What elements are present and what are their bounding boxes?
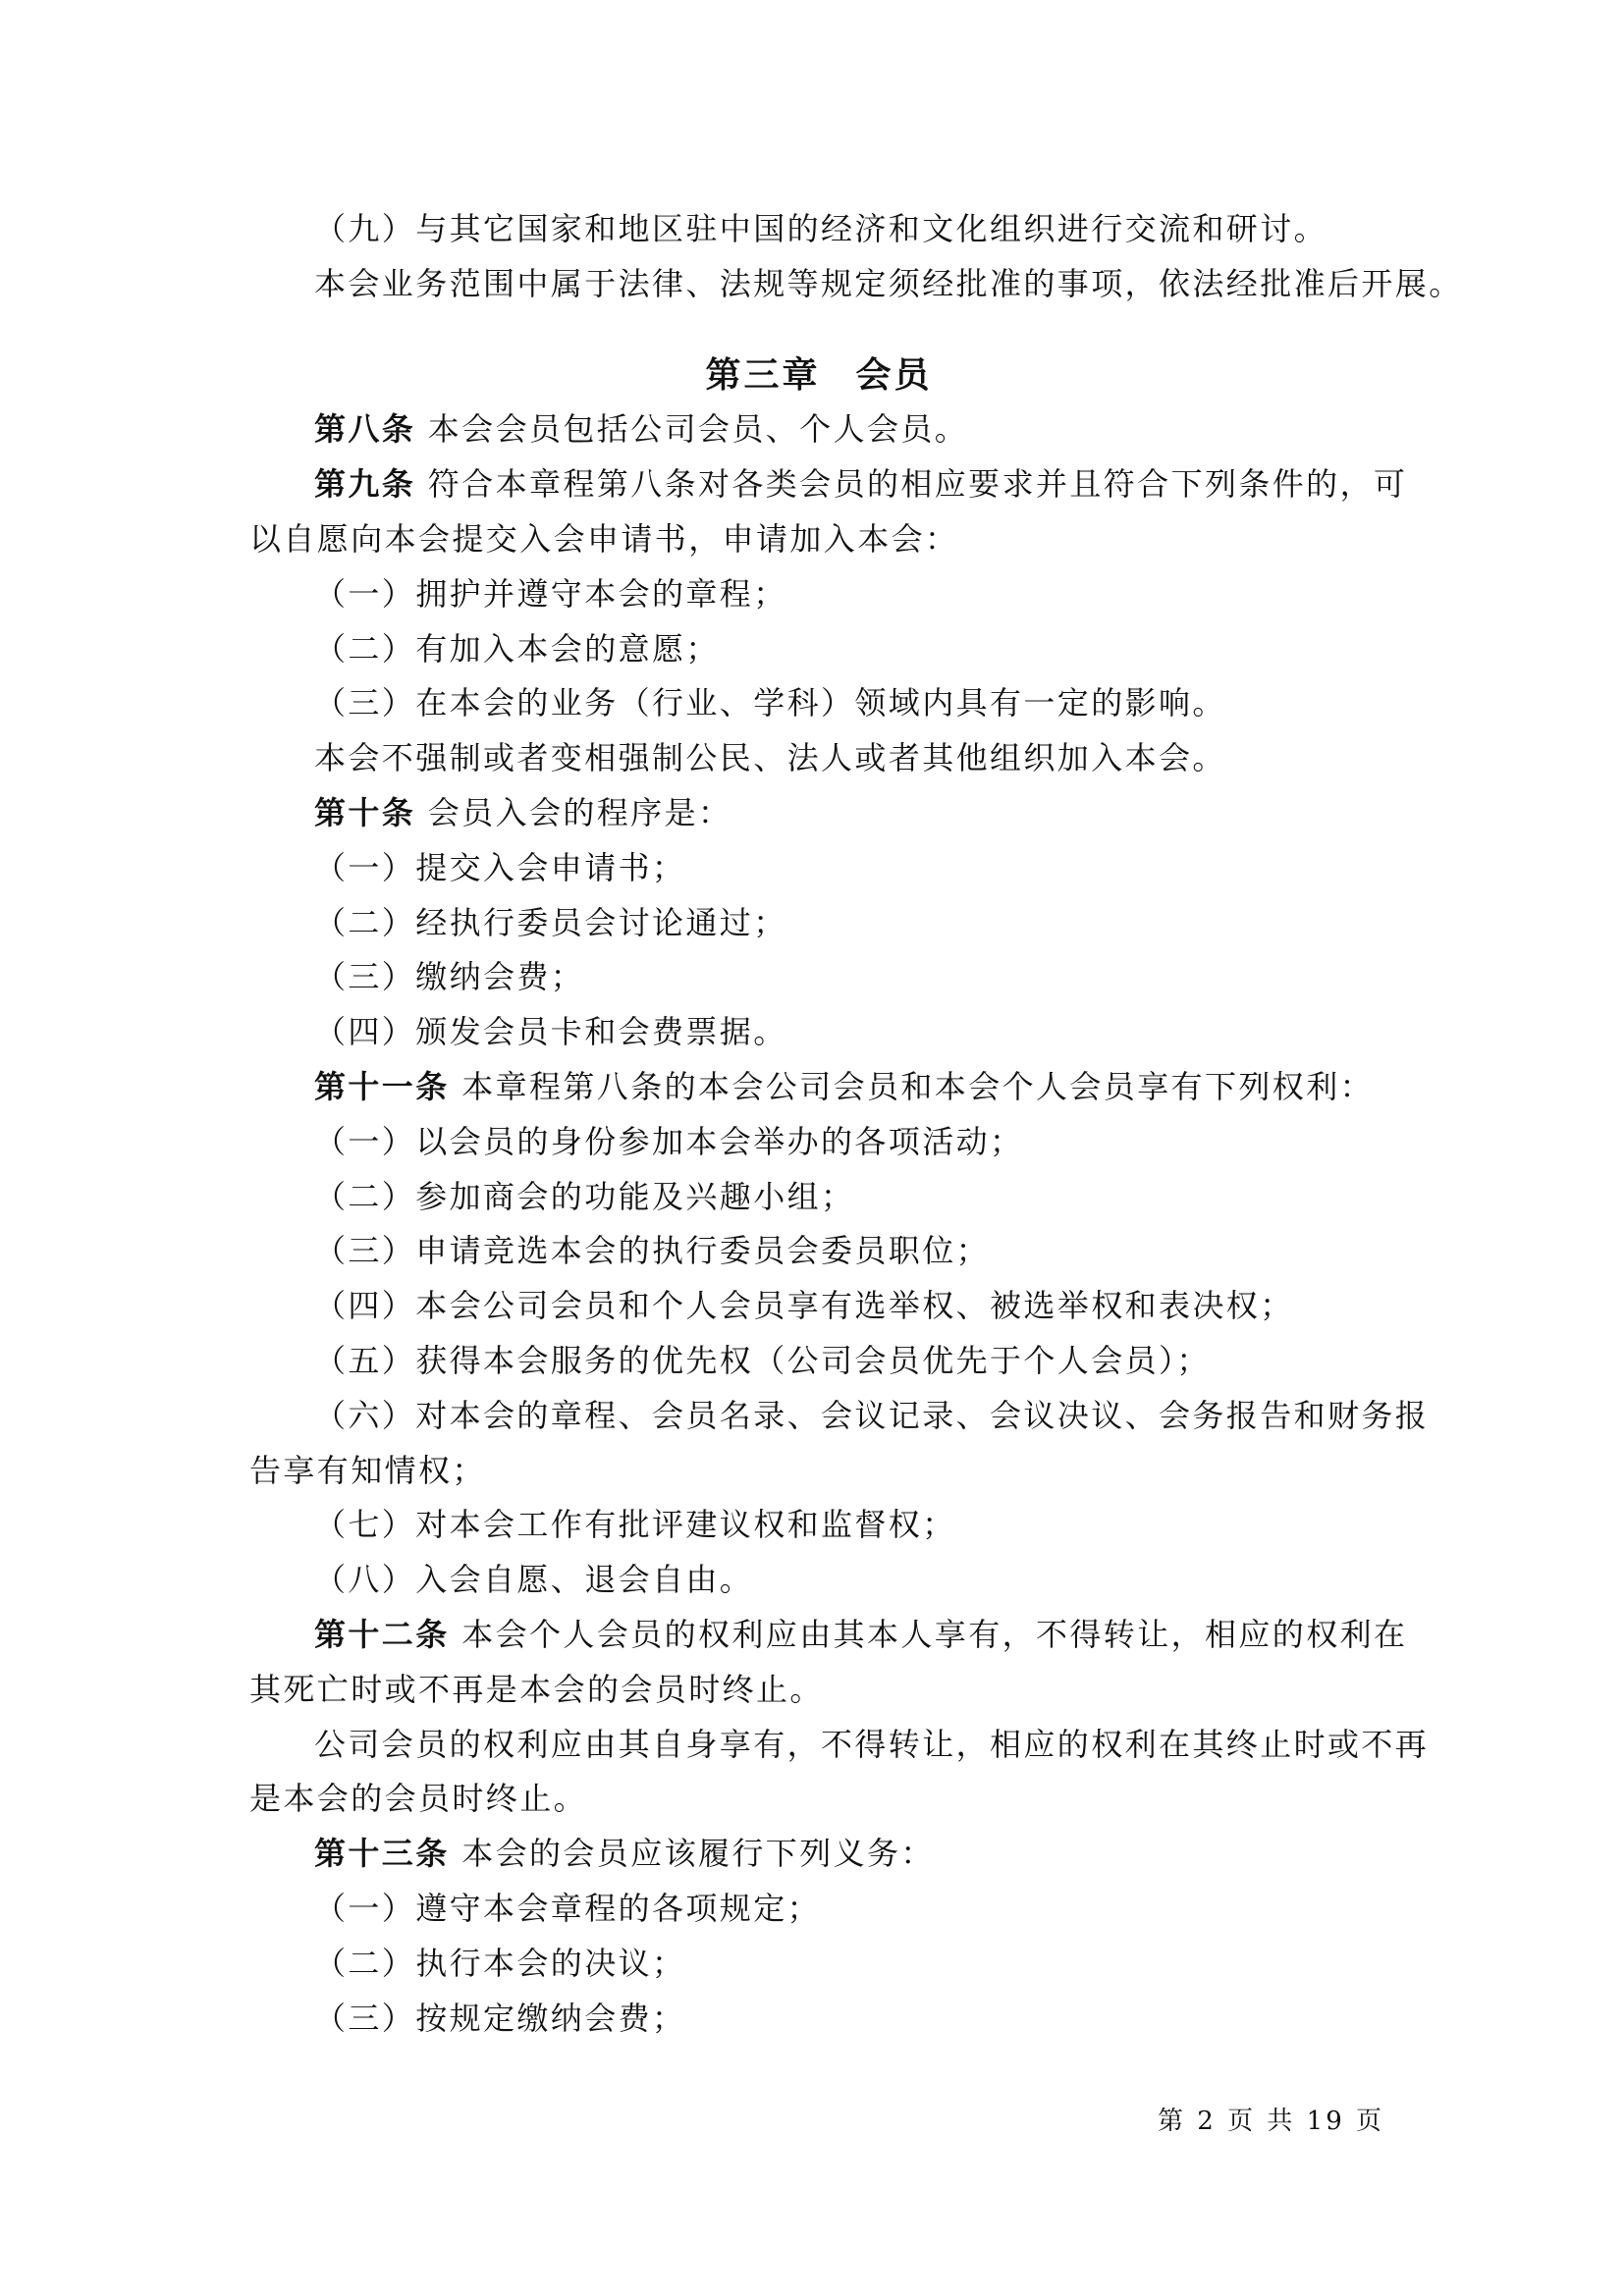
article-9-note: 本会不强制或者变相强制公民、法人或者其他组织加入本会。 bbox=[249, 731, 1388, 786]
article-12: 第十二条 本会个人会员的权利应由其本人享有，不得转让，相应的权利在 bbox=[249, 1608, 1388, 1663]
article-label: 第八条 bbox=[314, 410, 415, 448]
spacer bbox=[249, 312, 1388, 348]
article-text: 会员入会的程序是： bbox=[428, 794, 732, 831]
article-text: 本会会员包括公司会员、个人会员。 bbox=[428, 410, 968, 448]
list-item: （四）颁发会员卡和会费票据。 bbox=[249, 1005, 1388, 1060]
list-item: （一）提交入会申请书； bbox=[249, 841, 1388, 896]
article-text: 本章程第八条的本会公司会员和本会个人会员享有下列权利： bbox=[461, 1068, 1374, 1105]
chapter-number: 第三章 bbox=[705, 355, 820, 396]
article-8: 第八条 本会会员包括公司会员、个人会员。 bbox=[249, 402, 1388, 457]
article-label: 第十条 bbox=[314, 794, 415, 831]
list-item: （三）按规定缴纳会费； bbox=[249, 1992, 1388, 2047]
article-12-paragraph-2: 公司会员的权利应由其自身享有，不得转让，相应的权利在其终止时或不再 bbox=[249, 1718, 1388, 1773]
chapter-heading: 第三章会员 bbox=[249, 348, 1388, 403]
article-label: 第十一条 bbox=[314, 1068, 450, 1105]
article-12-paragraph-2-continued: 是本会的会员时终止。 bbox=[249, 1772, 1388, 1827]
list-item: （三）申请竞选本会的执行委员会委员职位； bbox=[249, 1224, 1388, 1279]
article-9-continued: 以自愿向本会提交入会申请书，申请加入本会： bbox=[249, 512, 1388, 567]
article-11: 第十一条 本章程第八条的本会公司会员和本会个人会员享有下列权利： bbox=[249, 1060, 1388, 1115]
list-item: （一）拥护并遵守本会的章程； bbox=[249, 567, 1388, 622]
list-item: （一）遵守本会章程的各项规定； bbox=[249, 1882, 1388, 1937]
chapter-title: 会员 bbox=[856, 355, 933, 396]
list-item: （二）执行本会的决议； bbox=[249, 1937, 1388, 1992]
article-text: 本会的会员应该履行下列义务： bbox=[461, 1835, 935, 1872]
list-item: （一）以会员的身份参加本会举办的各项活动； bbox=[249, 1115, 1388, 1170]
article-10: 第十条 会员入会的程序是： bbox=[249, 786, 1388, 841]
list-item-continued: 告享有知情权； bbox=[249, 1444, 1388, 1499]
list-item: （二）有加入本会的意愿； bbox=[249, 622, 1388, 677]
list-item: （二）参加商会的功能及兴趣小组； bbox=[249, 1170, 1388, 1225]
article-text: 本会个人会员的权利应由其本人享有，不得转让，相应的权利在 bbox=[461, 1616, 1407, 1653]
article-label: 第九条 bbox=[314, 465, 415, 503]
document-page: （九）与其它国家和地区驻中国的经济和文化组织进行交流和研讨。 本会业务范围中属于… bbox=[249, 202, 1388, 2046]
page-number-footer: 第 2 页 共 19 页 bbox=[1080, 2101, 1384, 2137]
scope-approval-note: 本会业务范围中属于法律、法规等规定须经批准的事项，依法经批准后开展。 bbox=[249, 257, 1388, 312]
list-item: （二）经执行委员会讨论通过； bbox=[249, 896, 1388, 951]
list-item: （七）对本会工作有批评建议权和监督权； bbox=[249, 1498, 1388, 1553]
article-12-continued: 其死亡时或不再是本会的会员时终止。 bbox=[249, 1663, 1388, 1718]
article-13: 第十三条 本会的会员应该履行下列义务： bbox=[249, 1827, 1388, 1882]
article-label: 第十二条 bbox=[314, 1616, 450, 1653]
article-text: 符合本章程第八条对各类会员的相应要求并且符合下列条件的，可 bbox=[428, 465, 1408, 503]
list-item: （三）在本会的业务（行业、学科）领域内具有一定的影响。 bbox=[249, 676, 1388, 731]
list-item: （四）本会公司会员和个人会员享有选举权、被选举权和表决权； bbox=[249, 1279, 1388, 1334]
article-label: 第十三条 bbox=[314, 1835, 450, 1872]
scope-item-9: （九）与其它国家和地区驻中国的经济和文化组织进行交流和研讨。 bbox=[249, 202, 1388, 257]
list-item: （六）对本会的章程、会员名录、会议记录、会议决议、会务报告和财务报 bbox=[249, 1389, 1388, 1444]
list-item: （八）入会自愿、退会自由。 bbox=[249, 1553, 1388, 1608]
list-item: （三）缴纳会费； bbox=[249, 950, 1388, 1005]
article-9: 第九条 符合本章程第八条对各类会员的相应要求并且符合下列条件的，可 bbox=[249, 457, 1388, 512]
list-item: （五）获得本会服务的优先权（公司会员优先于个人会员）； bbox=[249, 1334, 1388, 1389]
